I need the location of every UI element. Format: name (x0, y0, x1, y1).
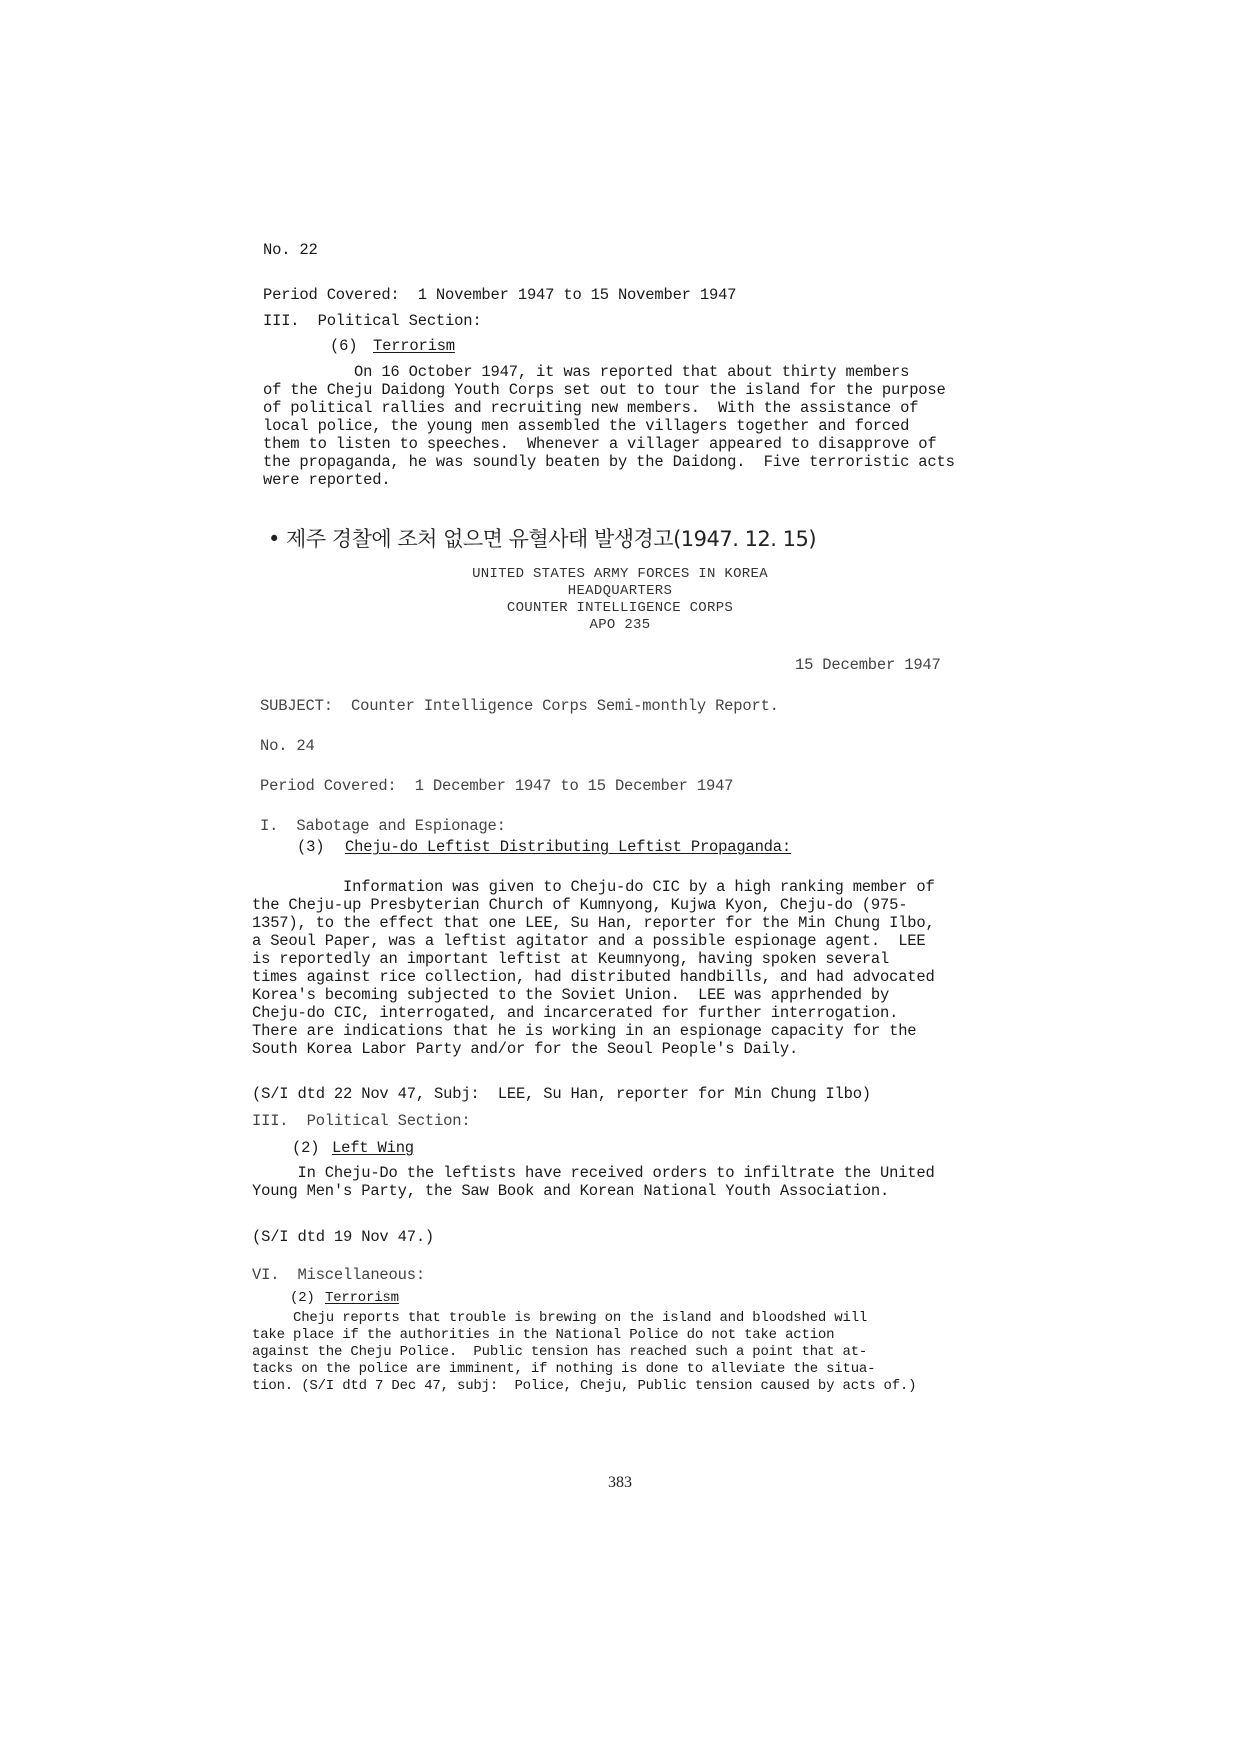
body-line: were reported. (263, 472, 390, 489)
subsection-number: (3) (297, 839, 324, 856)
document-page: No. 22 Period Covered: 1 November 1947 t… (0, 0, 1240, 1755)
body-line: a Seoul Paper, was a leftist agitator an… (252, 933, 926, 950)
body-line: Cheju-do CIC, interrogated, and incarcer… (252, 1005, 898, 1022)
body-line: of political rallies and recruiting new … (263, 400, 918, 417)
letterhead-line: HEADQUARTERS (0, 583, 1240, 600)
report-number: No. 22 (263, 242, 318, 259)
page-number: 383 (0, 1474, 1240, 1492)
report-number: No. 24 (260, 738, 315, 755)
subsection-title: Left Wing (332, 1140, 414, 1157)
body-line: tacks on the police are imminent, if not… (252, 1361, 875, 1378)
subsection-number: (6) (330, 338, 357, 355)
letterhead-line: APO 235 (0, 617, 1240, 634)
body-line: Cheju reports that trouble is brewing on… (252, 1310, 867, 1327)
body-line: times against rice collection, had distr… (252, 969, 935, 986)
source-citation: (S/I dtd 19 Nov 47.) (252, 1229, 434, 1246)
body-line: the propaganda, he was soundly beaten by… (263, 454, 955, 471)
subsection-title: Terrorism (373, 338, 455, 355)
body-line: In Cheju-Do the leftists have received o… (252, 1165, 935, 1182)
subsection-number: (2) (292, 1140, 319, 1157)
subsection-number: (2) (290, 1290, 315, 1307)
section-heading: VI. Miscellaneous: (252, 1267, 425, 1284)
subsection-title: Cheju-do Leftist Distributing Leftist Pr… (345, 839, 791, 856)
body-line: is reportedly an important leftist at Ke… (252, 951, 889, 968)
body-line: On 16 October 1947, it was reported that… (263, 364, 909, 381)
korean-heading: • 제주 경찰에 조처 없으면 유혈사태 발생경고(1947. 12. 15) (268, 523, 816, 553)
letterhead-line: COUNTER INTELLIGENCE CORPS (0, 600, 1240, 617)
body-line: tion. (S/I dtd 7 Dec 47, subj: Police, C… (252, 1378, 916, 1395)
letterhead-line: UNITED STATES ARMY FORCES IN KOREA (0, 566, 1240, 583)
section-heading: III. Political Section: (263, 313, 481, 330)
source-citation: (S/I dtd 22 Nov 47, Subj: LEE, Su Han, r… (252, 1086, 871, 1103)
body-line: of the Cheju Daidong Youth Corps set out… (263, 382, 946, 399)
body-line: local police, the young men assembled th… (263, 418, 909, 435)
body-line: take place if the authorities in the Nat… (252, 1327, 834, 1344)
body-line: Information was given to Cheju-do CIC by… (252, 879, 935, 896)
body-line: South Korea Labor Party and/or for the S… (252, 1041, 798, 1058)
body-line: There are indications that he is working… (252, 1023, 916, 1040)
section-heading: I. Sabotage and Espionage: (260, 818, 506, 835)
subject-line: SUBJECT: Counter Intelligence Corps Semi… (260, 698, 779, 715)
period-covered: Period Covered: 1 November 1947 to 15 No… (263, 287, 736, 304)
report-date: 15 December 1947 (795, 657, 941, 674)
subsection-title: Terrorism (325, 1290, 399, 1307)
body-line: the Cheju-up Presbyterian Church of Kumn… (252, 897, 907, 914)
body-line: 1357), to the effect that one LEE, Su Ha… (252, 915, 935, 932)
body-line: against the Cheju Police. Public tension… (252, 1344, 867, 1361)
body-line: them to listen to speeches. Whenever a v… (263, 436, 937, 453)
period-covered: Period Covered: 1 December 1947 to 15 De… (260, 778, 733, 795)
section-heading: III. Political Section: (252, 1113, 470, 1130)
body-line: Korea's becoming subjected to the Soviet… (252, 987, 889, 1004)
body-line: Young Men's Party, the Saw Book and Kore… (252, 1183, 889, 1200)
